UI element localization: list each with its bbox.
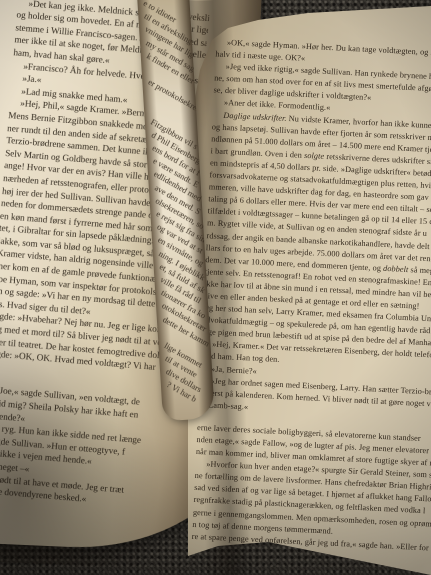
photo-of-open-book: »Ja ja,»Det kan jeg ikke. Meldnick sidde… <box>0 0 431 575</box>
right-page: »OK,« sagde Hyman. »Hør her. Du kan tage… <box>188 0 431 575</box>
